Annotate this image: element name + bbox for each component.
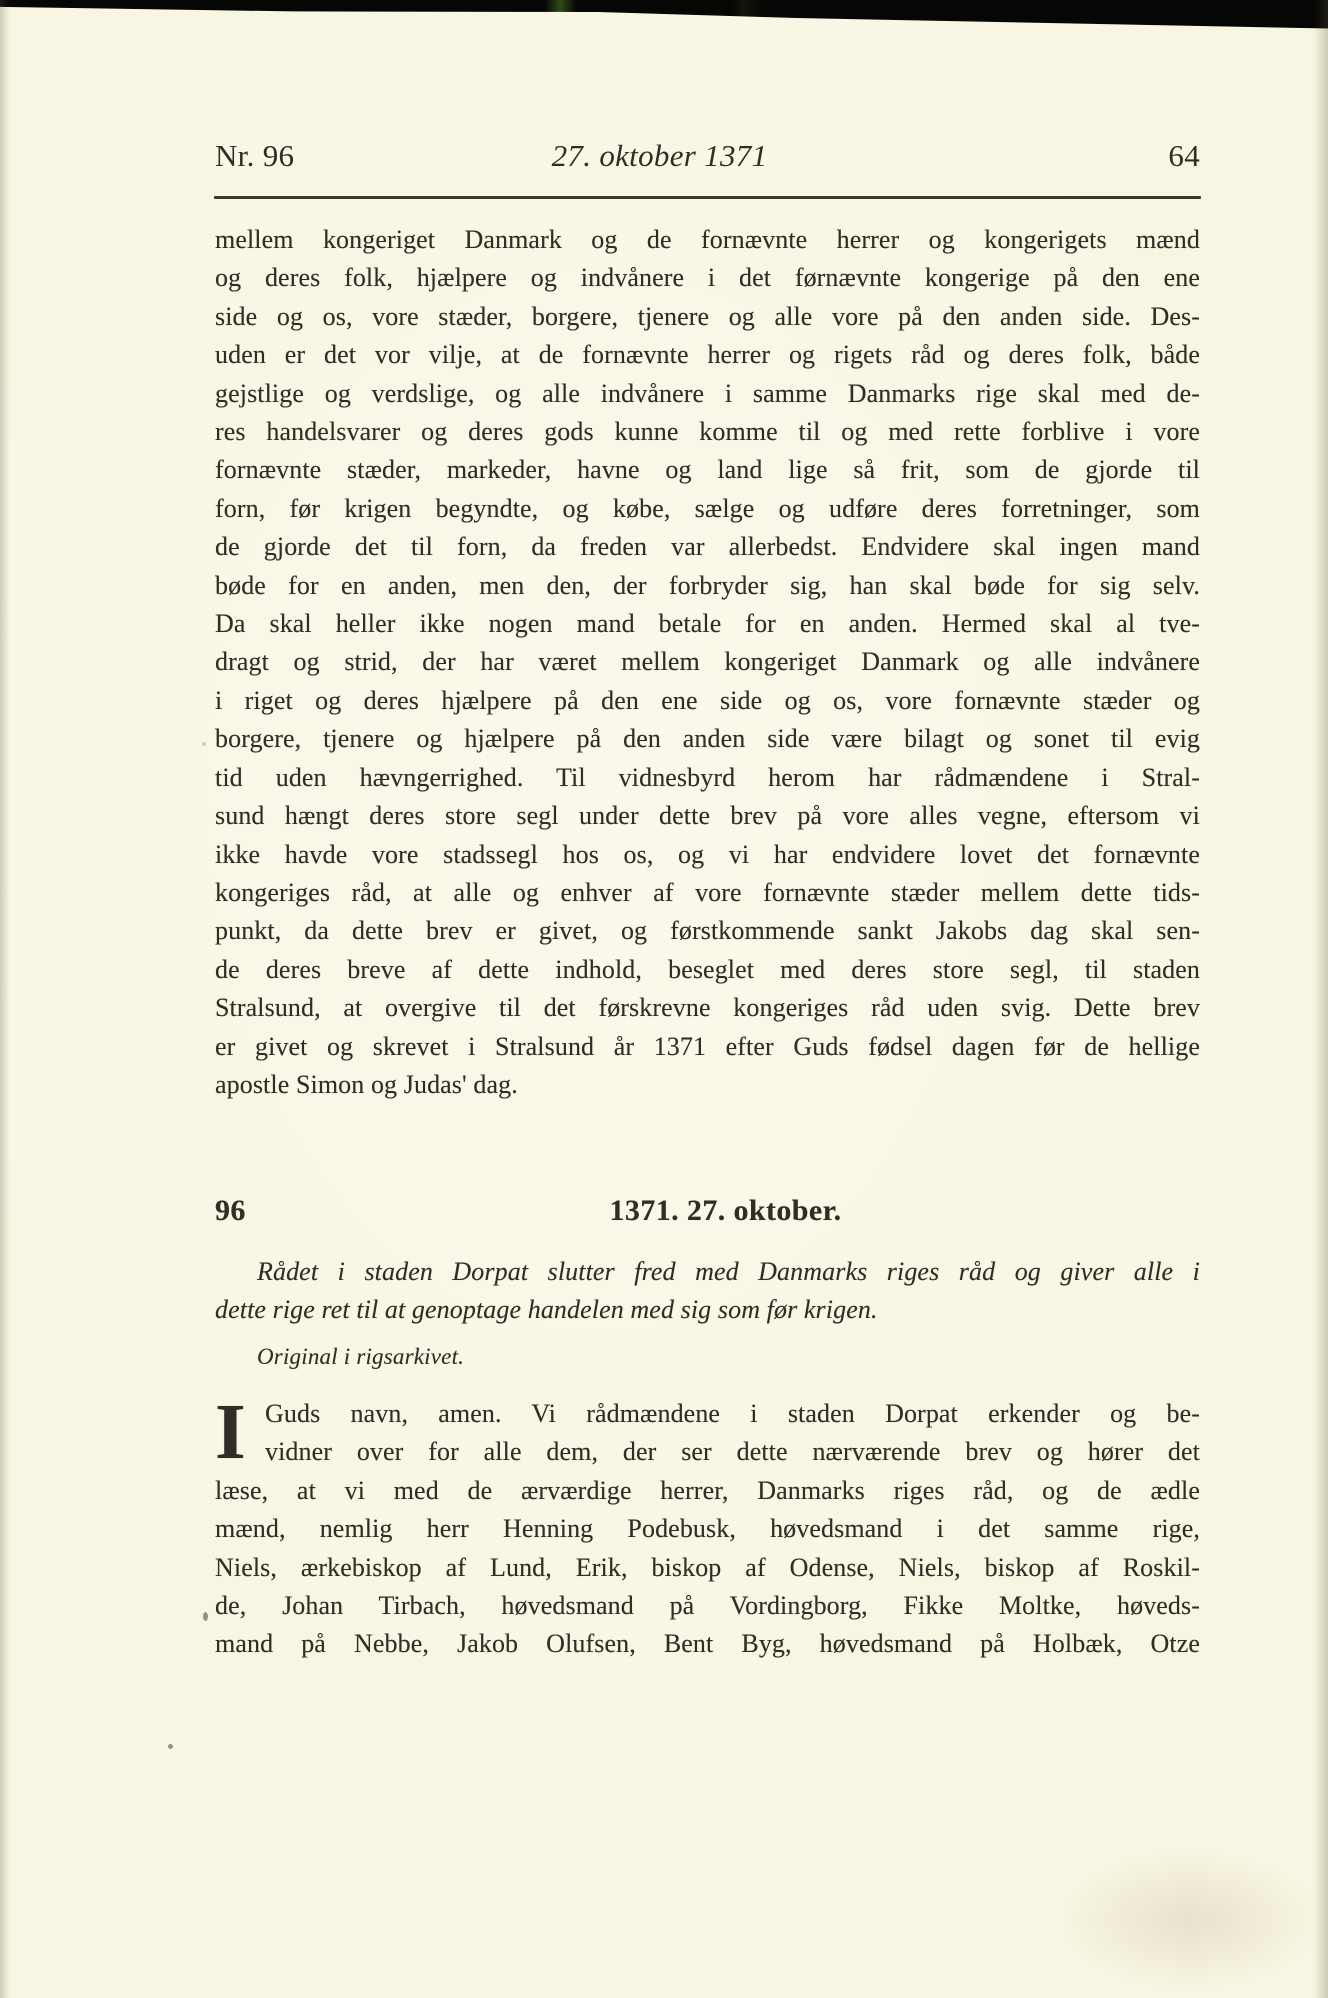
text-line: apostle Simon og Judas' dag.	[215, 1066, 1200, 1104]
scan-speck	[203, 1612, 208, 1621]
text-line: Da skal heller ikke nogen mand betale fo…	[215, 605, 1200, 643]
continued-entry-text: mellem kongeriget Danmark og de fornævnt…	[215, 221, 1200, 1104]
scan-artifact-top-bar	[0, 0, 1328, 30]
running-header: Nr. 96 27. oktober 1371 64	[215, 138, 1200, 174]
text-line: tid uden hævngerrighed. Til vidnesbyrd h…	[215, 759, 1200, 797]
scan-speck	[202, 742, 206, 746]
text-line: dragt og strid, der har været mellem kon…	[215, 643, 1200, 681]
text-line: læse, at vi med de ærværdige herrer, Dan…	[215, 1472, 1200, 1510]
running-date: 27. oktober 1371	[552, 138, 768, 174]
entry-heading-row: 96 1371. 27. oktober.	[215, 1194, 1200, 1228]
entry-body-dropcap-lines: Guds navn, amen. Vi rådmændene i staden …	[265, 1395, 1200, 1472]
text-line: fornævnte stæder, markeder, havne og lan…	[215, 451, 1200, 489]
scan-edge-shadow-left	[0, 0, 10, 1998]
text-line: mellem kongeriget Danmark og de fornævnt…	[215, 221, 1200, 259]
text-line: mænd, nemlig herr Henning Podebusk, høve…	[215, 1510, 1200, 1548]
entry-date-heading: 1371. 27. oktober.	[610, 1194, 842, 1228]
text-line: gejstlige og verdslige, og alle indvåner…	[215, 375, 1200, 413]
summary-line: Rådet i staden Dorpat slutter fred med D…	[215, 1253, 1200, 1291]
text-line: Guds navn, amen. Vi rådmændene i staden …	[265, 1395, 1200, 1433]
header-rule	[214, 196, 1201, 199]
entry-number: 96	[215, 1194, 246, 1228]
entry-body-lines: læse, at vi med de ærværdige herrer, Dan…	[215, 1472, 1200, 1664]
text-line: bøde for en anden, men den, der forbryde…	[215, 567, 1200, 605]
text-line: side og os, vore stæder, borgere, tjener…	[215, 298, 1200, 336]
scan-smudge	[1060, 1850, 1320, 1990]
scanned-book-page: Nr. 96 27. oktober 1371 64 mellem konger…	[0, 0, 1328, 1998]
text-line: er givet og skrevet i Stralsund år 1371 …	[215, 1028, 1200, 1066]
entry-body: I Guds navn, amen. Vi rådmændene i stade…	[215, 1395, 1200, 1664]
text-line: borgere, tjenere og hjælpere på den ande…	[215, 720, 1200, 758]
text-line: vidner over for alle dem, der ser dette …	[265, 1433, 1200, 1471]
text-line: res handelsvarer og deres gods kunne kom…	[215, 413, 1200, 451]
text-line: punkt, da dette brev er givet, og førstk…	[215, 912, 1200, 950]
text-line: ikke havde vore stadssegl hos os, og vi …	[215, 836, 1200, 874]
text-line: mand på Nebbe, Jakob Olufsen, Bent Byg, …	[215, 1625, 1200, 1663]
text-line: og deres folk, hjælpere og indvånere i d…	[215, 259, 1200, 297]
text-line: sund hængt deres store segl under dette …	[215, 797, 1200, 835]
text-line: de deres breve af dette indhold, besegle…	[215, 951, 1200, 989]
text-line: forn, før krigen begyndte, og købe, sælg…	[215, 490, 1200, 528]
scan-speck	[168, 1744, 173, 1749]
scan-edge-shadow-right	[1314, 0, 1328, 1998]
drop-cap: I	[215, 1398, 246, 1468]
document-number: Nr. 96	[215, 138, 294, 174]
source-note: Original i rigsarkivet.	[257, 1344, 464, 1370]
text-line: de, Johan Tirbach, høvedsmand på Vording…	[215, 1587, 1200, 1625]
text-line: kongeriges råd, at alle og enhver af vor…	[215, 874, 1200, 912]
summary-line: dette rige ret til at genoptage handelen…	[215, 1291, 1200, 1329]
text-line: i riget og deres hjælpere på den ene sid…	[215, 682, 1200, 720]
text-line: Stralsund, at overgive til det førskrevn…	[215, 989, 1200, 1027]
entry-summary: Rådet i staden Dorpat slutter fred med D…	[215, 1253, 1200, 1330]
text-line: de gjorde det til forn, da freden var al…	[215, 528, 1200, 566]
page-number: 64	[1168, 138, 1200, 174]
text-line: uden er det vor vilje, at de fornævnte h…	[215, 336, 1200, 374]
text-line: Niels, ærkebiskop af Lund, Erik, biskop …	[215, 1549, 1200, 1587]
